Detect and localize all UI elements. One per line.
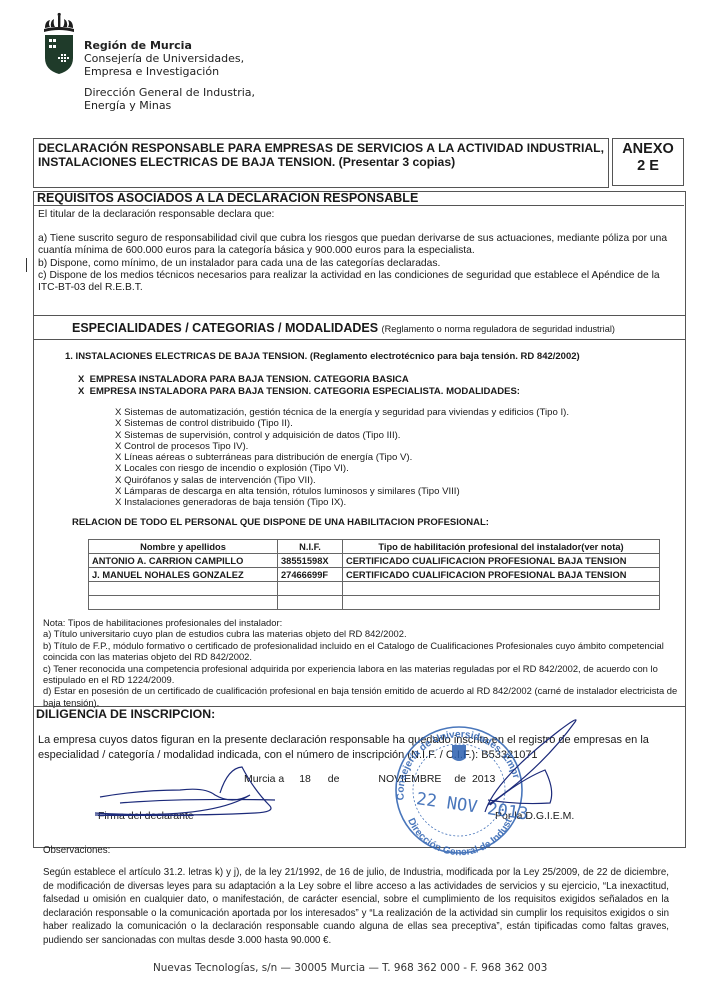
margin-mark <box>26 258 27 272</box>
firma-declarante-label: Firma del declarante <box>98 810 194 822</box>
cell-name <box>89 582 278 596</box>
cell-habilitacion <box>343 596 660 610</box>
date-place: Murcia a <box>244 773 284 785</box>
document-title-box: DECLARACIÓN RESPONSABLE PARA EMPRESAS DE… <box>33 138 609 188</box>
date-de: de <box>454 773 466 785</box>
check-mark: X <box>115 475 121 486</box>
footer-address: Nuevas Tecnologías, s/n — 30005 Murcia —… <box>153 962 547 974</box>
check-mark: X <box>115 430 121 441</box>
diligencia-heading: DILIGENCIA DE INSCRIPCION: <box>36 707 215 721</box>
cell-habilitacion: CERTIFICADO CUALIFICACION PROFESIONAL BA… <box>343 568 660 582</box>
modalidad-item: X Sistemas de automatización, gestión té… <box>115 407 569 418</box>
installation-title: 1. INSTALACIONES ELECTRICAS DE BAJA TENS… <box>65 351 580 362</box>
personal-table: Nombre y apellidos N.I.F. Tipo de habili… <box>88 539 660 610</box>
date-year: 2013 <box>472 773 495 785</box>
por-dgiem-label: Por la D.G.I.E.M. <box>495 810 574 822</box>
check-mark: X <box>115 407 121 418</box>
date-day: 18 <box>299 773 311 785</box>
date-de: de <box>328 773 340 785</box>
date-month: NOVIEMBRE <box>378 773 441 785</box>
especialidades-title: ESPECIALIDADES / CATEGORIAS / MODALIDADE… <box>72 321 378 335</box>
modalidad-item: X Instalaciones generadoras de baja tens… <box>115 497 569 508</box>
region-name: Región de Murcia <box>84 39 255 52</box>
table-header-row: Nombre y apellidos N.I.F. Tipo de habili… <box>89 540 660 554</box>
requisito-a: a) Tiene suscrito seguro de responsabili… <box>38 233 680 257</box>
cell-nif <box>278 596 343 610</box>
nota-item-c: c) Tener reconocida una competencia prof… <box>43 663 678 686</box>
direccion-line-2: Energía y Minas <box>84 99 255 112</box>
direccion-line-1: Dirección General de Industria, <box>84 86 255 99</box>
requisitos-intro: El titular de la declaración responsable… <box>38 209 680 221</box>
cell-nif: 27466699F <box>278 568 343 582</box>
requisito-c: c) Dispone de los medios técnicos necesa… <box>38 270 680 294</box>
table-row: ANTONIO A. CARRION CAMPILLO 38551598X CE… <box>89 554 660 568</box>
organization-header: Región de Murcia Consejería de Universid… <box>84 39 255 112</box>
nota-title: Nota: Tipos de habilitaciones profesiona… <box>43 617 678 628</box>
check-mark: X <box>115 441 121 452</box>
check-mark: X <box>115 486 121 497</box>
cell-name: ANTONIO A. CARRION CAMPILLO <box>89 554 278 568</box>
table-row-empty <box>89 582 660 596</box>
anexo-label: ANEXO <box>613 141 683 158</box>
check-mark: X <box>115 497 121 508</box>
nota-item-a: a) Título universitario cuyo plan de est… <box>43 628 678 639</box>
especialidades-note: (Reglamento o norma reguladora de seguri… <box>382 324 615 334</box>
cell-name: J. MANUEL NOHALES GONZALEZ <box>89 568 278 582</box>
modalidad-item: X Líneas aéreas o subterráneas para dist… <box>115 452 569 463</box>
cell-name <box>89 596 278 610</box>
table-row: J. MANUEL NOHALES GONZALEZ 27466699F CER… <box>89 568 660 582</box>
category-item: X EMPRESA INSTALADORA PARA BAJA TENSION.… <box>78 374 520 386</box>
table-row-empty <box>89 596 660 610</box>
nota-item-b: b) Título de F.P., módulo formativo o ce… <box>43 640 678 663</box>
personal-heading: RELACION DE TODO EL PERSONAL QUE DISPONE… <box>72 517 489 528</box>
diligencia-text: La empresa cuyos datos figuran en la pre… <box>38 733 668 762</box>
modalidades-list: X Sistemas de automatización, gestión té… <box>115 407 569 509</box>
document-title: DECLARACIÓN RESPONSABLE PARA EMPRESAS DE… <box>34 139 608 171</box>
cell-nif <box>278 582 343 596</box>
anexo-box: ANEXO 2 E <box>612 138 684 186</box>
category-list: X EMPRESA INSTALADORA PARA BAJA TENSION.… <box>78 374 520 397</box>
requisitos-body: El titular de la declaración responsable… <box>38 209 680 294</box>
anexo-number: 2 E <box>613 158 683 175</box>
nota-item-d: d) Estar en posesión de un certificado d… <box>43 685 678 708</box>
check-mark: X <box>78 374 84 385</box>
divider <box>33 339 685 340</box>
consejeria-line-2: Empresa e Investigación <box>84 65 255 78</box>
cell-habilitacion: CERTIFICADO CUALIFICACION PROFESIONAL BA… <box>343 554 660 568</box>
consejeria-line-1: Consejería de Universidades, <box>84 52 255 65</box>
column-header-nif: N.I.F. <box>278 540 343 554</box>
especialidades-heading: ESPECIALIDADES / CATEGORIAS / MODALIDADE… <box>72 321 615 335</box>
check-mark: X <box>115 463 121 474</box>
column-header-habilitacion: Tipo de habilitación profesional del ins… <box>343 540 660 554</box>
modalidad-item: X Lámparas de descarga en alta tensión, … <box>115 486 569 497</box>
modalidad-item: X Sistemas de supervisión, control y adq… <box>115 430 569 441</box>
divider <box>33 315 685 316</box>
requisitos-heading: REQUISITOS ASOCIADOS A LA DECLARACION RE… <box>33 191 684 206</box>
observaciones-text: Según establece el artículo 31.2. letras… <box>43 866 669 948</box>
observaciones-label: Observaciones: <box>43 845 110 856</box>
modalidad-item: X Locales con riesgo de incendio o explo… <box>115 463 569 474</box>
cell-habilitacion <box>343 582 660 596</box>
nota-section: Nota: Tipos de habilitaciones profesiona… <box>43 617 678 708</box>
category-item: X EMPRESA INSTALADORA PARA BAJA TENSION.… <box>78 386 520 398</box>
requisito-b: b) Dispone, como mínimo, de un instalado… <box>38 258 680 270</box>
date-row: Murcia a 18 de NOVIEMBRE de 2013 <box>244 773 495 785</box>
modalidad-item: X Control de procesos Tipo IV). <box>115 441 569 452</box>
check-mark: X <box>115 452 121 463</box>
modalidad-item: X Quirófanos y salas de intervención (Ti… <box>115 475 569 486</box>
cell-nif: 38551598X <box>278 554 343 568</box>
modalidad-item: X Sistemas de control distribuido (Tipo … <box>115 418 569 429</box>
check-mark: X <box>78 386 84 397</box>
coat-of-arms-icon <box>42 12 76 76</box>
column-header-name: Nombre y apellidos <box>89 540 278 554</box>
check-mark: X <box>115 418 121 429</box>
